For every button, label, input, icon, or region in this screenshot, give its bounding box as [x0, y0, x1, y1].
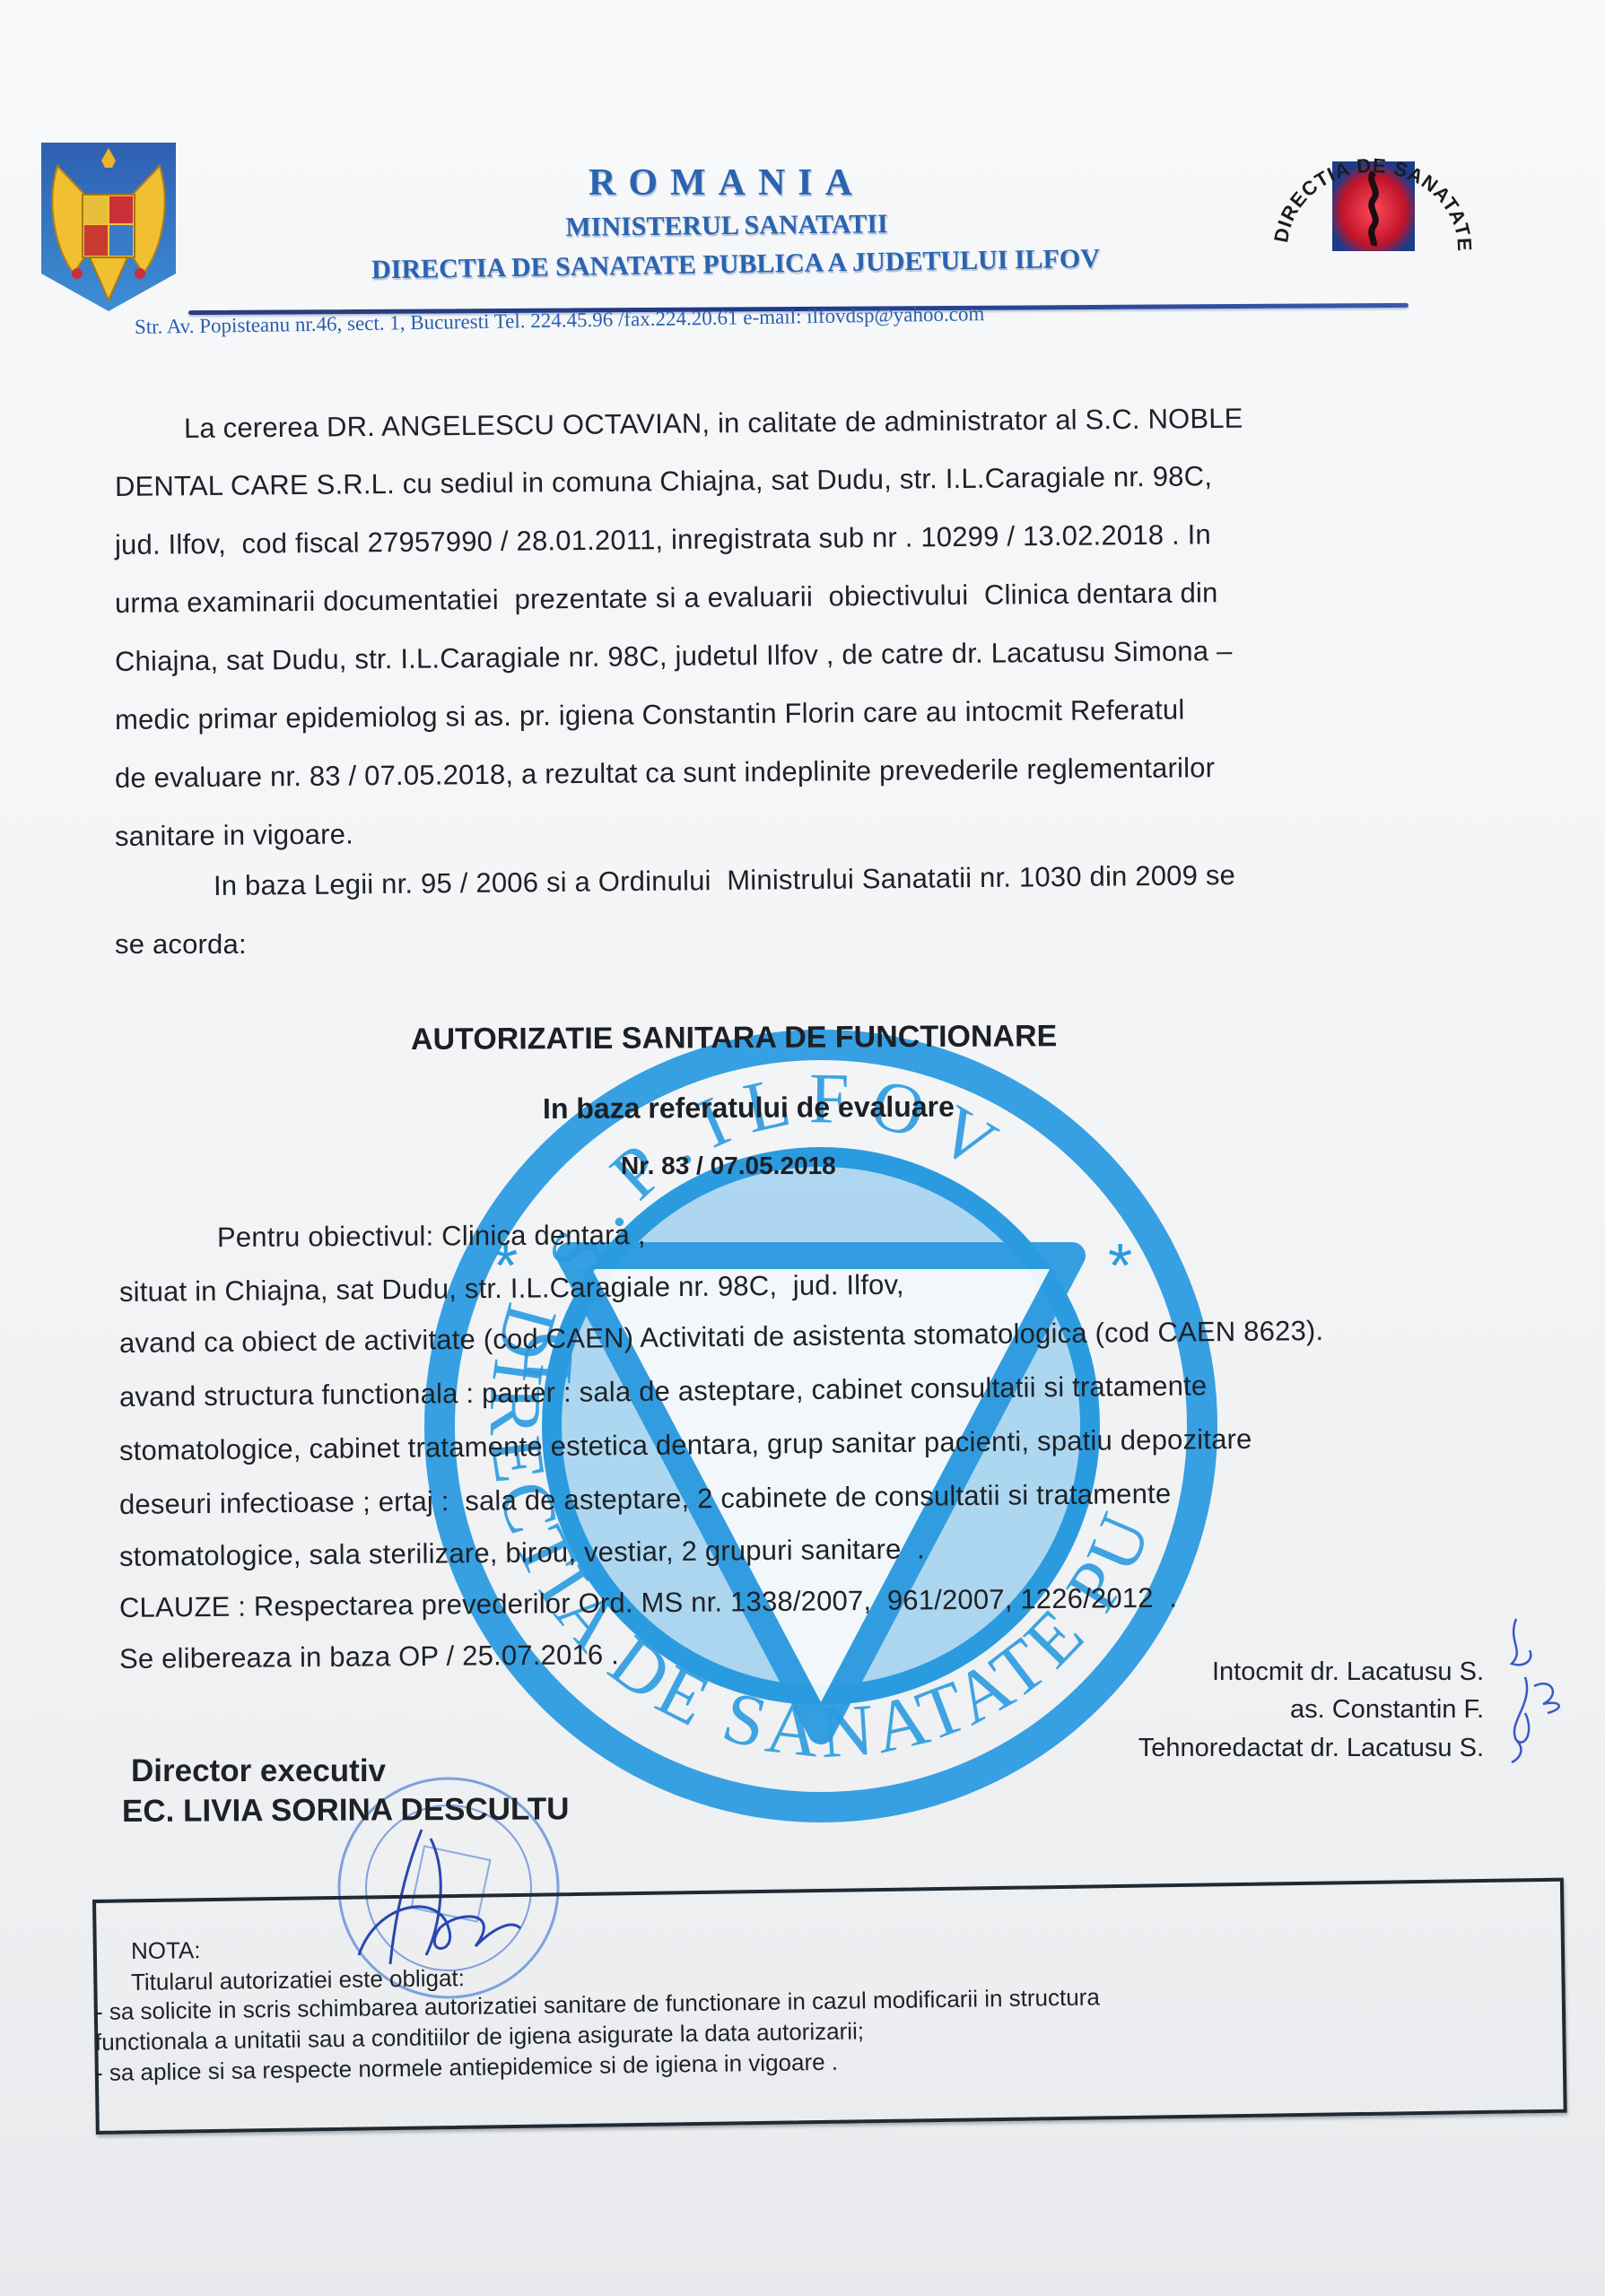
- assistant-line: as. Constantin F.: [1290, 1695, 1484, 1725]
- intro-line: Chiajna, sat Dudu, str. I.L.Caragiale nr…: [115, 635, 1233, 678]
- intro-line: de evaluare nr. 83 / 07.05.2018, a rezul…: [115, 752, 1216, 795]
- legal-basis-line: In baza Legii nr. 95 / 2006 si a Ordinul…: [214, 859, 1235, 902]
- intro-line: DENTAL CARE S.R.L. cu sediul in comuna C…: [115, 460, 1212, 503]
- nota-heading: NOTA:: [131, 1936, 201, 1965]
- intro-line: urma examinarii documentatiei prezentate…: [115, 577, 1218, 620]
- authorization-line: avand ca obiect de activitate (cod CAEN)…: [119, 1315, 1324, 1360]
- director-role: Director executiv: [131, 1753, 386, 1789]
- authorization-line: avand structura functionala : parter : s…: [119, 1370, 1208, 1413]
- nota-line: Titularul autorizatiei este obligat:: [131, 1964, 465, 1996]
- clauses-line: CLAUZE : Respectarea prevederilor Ord. M…: [119, 1582, 1177, 1624]
- authorization-line: stomatologice, cabinet tratamente esteti…: [119, 1423, 1252, 1467]
- evaluation-number: Nr. 83 / 07.05.2018: [621, 1152, 836, 1180]
- intro-line: medic primar epidemiolog si as. pr. igie…: [115, 694, 1185, 736]
- authorization-line: situat in Chiajna, sat Dudu, str. I.L.Ca…: [119, 1269, 904, 1309]
- authorization-line: stomatologice, sala sterilizare, birou, …: [119, 1533, 925, 1573]
- authorization-subtitle: In baza referatului de evaluare: [543, 1091, 955, 1126]
- authorization-line: deseuri infectioase ; ertaj : sala de as…: [119, 1478, 1172, 1521]
- typeset-by-line: Tehnoredactat dr. Lacatusu S.: [1138, 1734, 1484, 1763]
- authorization-line: Pentru obiectivul: Clinica dentara ,: [217, 1219, 646, 1254]
- intro-line: jud. Ilfov, cod fiscal 27957990 / 28.01.…: [115, 518, 1211, 561]
- authorization-title: AUTORIZATIE SANITARA DE FUNCTIONARE: [411, 1019, 1057, 1057]
- legal-basis-line: se acorda:: [115, 928, 247, 961]
- intro-line: La cererea DR. ANGELESCU OCTAVIAN, in ca…: [184, 403, 1243, 445]
- document-page: DIRECTIA DE SANATATE PUBLICA ILFOV ROMAN…: [0, 0, 1605, 2296]
- director-name: EC. LIVIA SORINA DESCULTU: [122, 1791, 570, 1830]
- intro-line: sanitare in vigoare.: [115, 818, 353, 853]
- prepared-by-line: Intocmit dr. Lacatusu S.: [1212, 1657, 1484, 1687]
- issued-basis-line: Se elibereaza in baza OP / 25.07.2016 .: [119, 1639, 619, 1675]
